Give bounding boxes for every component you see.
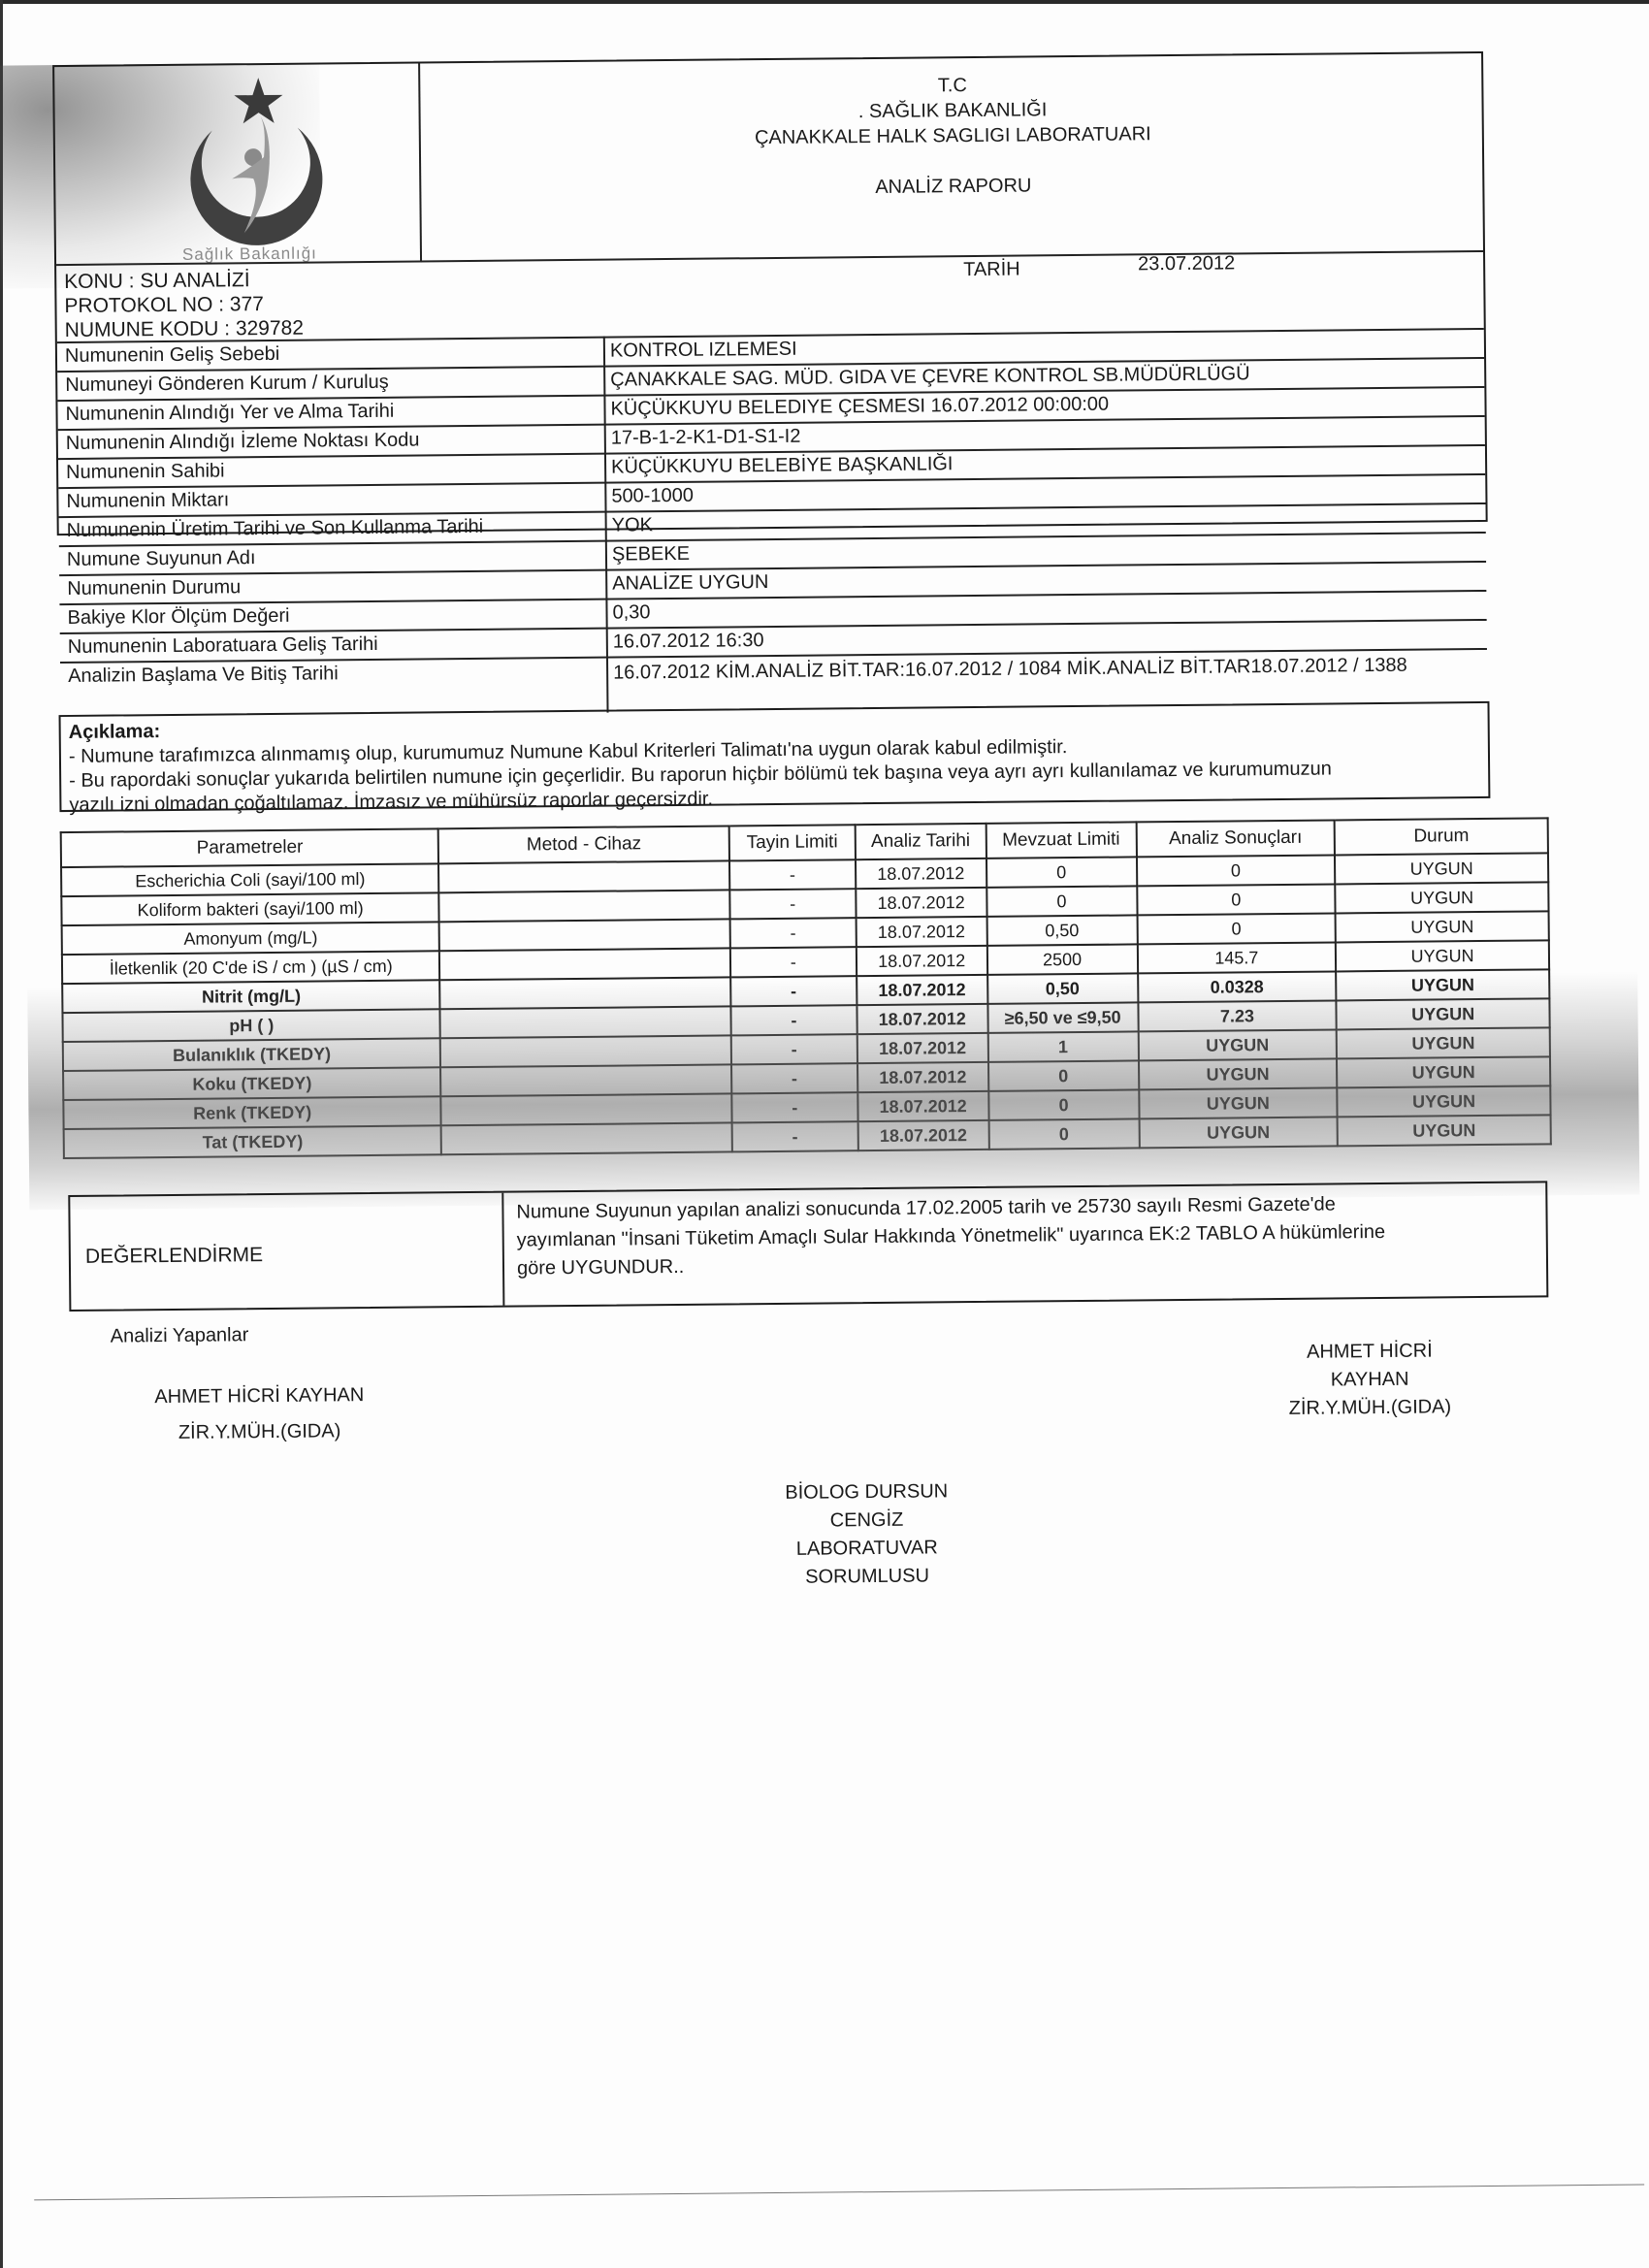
table-cell: 18.07.2012 xyxy=(856,917,986,947)
table-cell: İletkenlik (20 C'de iS / cm ) (µS / cm) xyxy=(62,951,440,984)
info-value: ÇANAKKALE SAG. MÜD. GIDA VE ÇEVRE KONTRO… xyxy=(610,363,1250,391)
column-header: Analiz Sonuçları xyxy=(1136,820,1335,857)
table-cell: 0 xyxy=(1137,913,1336,944)
info-value: 16.07.2012 16:30 xyxy=(613,630,764,653)
table-cell: UYGUN xyxy=(1337,998,1550,1029)
table-cell: UYGUN xyxy=(1139,1087,1338,1118)
table-cell xyxy=(440,1035,731,1067)
table-cell: 1 xyxy=(987,1031,1138,1061)
table-cell: 0 xyxy=(988,1060,1139,1090)
report-titles: T.C . SAĞLIK BAKANLIĞI ÇANAKKALE HALK SA… xyxy=(421,68,1484,205)
table-cell xyxy=(440,977,731,1009)
table-cell: Escherichia Coli (sayi/100 ml) xyxy=(61,863,439,896)
evaluation-label: DEĞERLENDİRME xyxy=(85,1244,263,1269)
table-cell: 0,50 xyxy=(987,973,1138,1003)
table-cell: - xyxy=(730,976,857,1006)
evaluation-text: Numune Suyunun yapılan analizi sonucunda… xyxy=(516,1188,1536,1282)
konu: KONU : SU ANALİZİ xyxy=(64,269,250,294)
column-header: Tayin Limiti xyxy=(729,825,856,860)
table-cell: 0.0328 xyxy=(1138,971,1337,1002)
table-cell: 18.07.2012 xyxy=(857,946,987,976)
info-value: KONTROL IZLEMESI xyxy=(610,339,797,363)
table-cell: Tat (TKEDY) xyxy=(64,1125,442,1158)
table-cell: 18.07.2012 xyxy=(857,1062,988,1092)
column-header: Analiz Tarihi xyxy=(855,824,986,859)
table-cell: Renk (TKEDY) xyxy=(63,1096,441,1129)
info-label: Numunenin Alındığı İzleme Noktası Kodu xyxy=(66,429,420,454)
info-label: Numunenin Alındığı Yer ve Alma Tarihi xyxy=(65,401,394,426)
table-cell: 2500 xyxy=(987,944,1138,974)
signatures-heading: Analizi Yapanlar xyxy=(111,1321,249,1350)
table-cell: 18.07.2012 xyxy=(857,975,987,1005)
table-cell: 18.07.2012 xyxy=(857,1091,988,1121)
table-cell: UYGUN xyxy=(1139,1058,1338,1089)
table-cell xyxy=(441,1093,732,1125)
table-cell: - xyxy=(729,889,856,919)
table-cell: 0 xyxy=(1137,884,1336,915)
table-cell xyxy=(440,1064,731,1096)
table-cell xyxy=(440,1006,731,1038)
info-label: Numunenin Sahibi xyxy=(66,460,225,484)
column-header: Mevzuat Limiti xyxy=(986,822,1136,858)
table-cell: UYGUN xyxy=(1335,853,1548,884)
report-page: Sağlık Bakanlığı T.C . SAĞLIK BAKANLIĞI … xyxy=(0,0,1649,2268)
table-cell: 7.23 xyxy=(1138,1000,1337,1031)
table-cell: Bulanıklık (TKEDY) xyxy=(63,1038,441,1071)
table-cell: 18.07.2012 xyxy=(857,1004,987,1034)
table-cell: Koliform bakteri (sayi/100 ml) xyxy=(61,892,439,925)
table-cell: - xyxy=(731,1092,857,1122)
info-label: Numunenin Durumu xyxy=(67,576,241,600)
table-cell: UYGUN xyxy=(1336,882,1549,913)
info-label: Numunenin Üretim Tarihi ve Son Kullanma … xyxy=(67,516,484,542)
table-cell: 18.07.2012 xyxy=(856,888,986,918)
info-label: Numunenin Miktarı xyxy=(66,489,229,513)
table-cell: 0 xyxy=(986,857,1137,887)
date-value: 23.07.2012 xyxy=(1138,252,1235,275)
info-label: Numunenin Geliş Sebebi xyxy=(65,343,279,368)
table-cell: UYGUN xyxy=(1336,940,1549,971)
page-bottom-edge xyxy=(34,2184,1644,2200)
results-table: ParametrelerMetod - CihazTayin LimitiAna… xyxy=(60,817,1552,1159)
table-cell: Nitrit (mg/L) xyxy=(62,980,440,1013)
info-label: Numunenin Laboratuara Geliş Tarihi xyxy=(68,633,378,659)
table-cell: - xyxy=(730,947,857,977)
info-label: Numuneyi Gönderen Kurum / Kuruluş xyxy=(65,372,389,397)
ministry-logo-icon xyxy=(151,69,347,260)
table-cell xyxy=(441,1122,732,1154)
info-value: 500-1000 xyxy=(611,485,694,508)
signature-left: AHMET HİCRİ KAYHAN ZİR.Y.MÜH.(GIDA) xyxy=(128,1381,391,1448)
info-value: YOK xyxy=(612,514,653,536)
table-cell: UYGUN xyxy=(1336,911,1549,942)
signature-right: AHMET HİCRİ KAYHAN ZİR.Y.MÜH.(GIDA) xyxy=(1263,1337,1477,1423)
aciklama-box: Açıklama: - Numune tarafımızca alınmamış… xyxy=(59,701,1491,812)
aciklama-title: Açıklama: xyxy=(69,721,161,743)
table-cell: - xyxy=(730,1005,857,1035)
table-cell: 145.7 xyxy=(1137,942,1336,973)
info-value: KÜÇÜKKUYU BELEDIYE ÇESMESI 16.07.2012 00… xyxy=(610,394,1109,421)
table-cell xyxy=(439,919,730,951)
date-label: TARİH xyxy=(963,259,1020,282)
column-header: Durum xyxy=(1335,818,1548,855)
table-cell: 0 xyxy=(1136,855,1335,886)
column-header: Metod - Cihaz xyxy=(438,826,729,863)
table-cell: UYGUN xyxy=(1138,1029,1337,1060)
protokol-no: PROTOKOL NO : 377 xyxy=(64,293,264,318)
table-cell xyxy=(439,890,730,922)
table-cell: 18.07.2012 xyxy=(857,1120,988,1150)
table-cell: - xyxy=(732,1121,858,1151)
info-value: KÜÇÜKKUYU BELEBİYE BAŞKANLIĞI xyxy=(611,453,954,478)
table-cell: Amonyum (mg/L) xyxy=(62,922,440,955)
table-cell: - xyxy=(729,859,856,890)
info-label: Analizin Başlama Ve Bitiş Tarihi xyxy=(68,663,339,688)
info-value: 17-B-1-2-K1-D1-S1-I2 xyxy=(611,426,801,450)
info-label: Numune Suyunun Adı xyxy=(67,547,256,571)
table-cell: UYGUN xyxy=(1338,1085,1551,1117)
table-cell: UYGUN xyxy=(1336,969,1549,1000)
table-cell: UYGUN xyxy=(1139,1117,1338,1148)
table-cell: 18.07.2012 xyxy=(856,859,986,889)
table-cell: pH ( ) xyxy=(62,1009,440,1042)
evaluation-box: DEĞERLENDİRME Numune Suyunun yapılan ana… xyxy=(68,1181,1548,1312)
info-value: ANALİZE UYGUN xyxy=(612,571,768,596)
info-value: 0,30 xyxy=(612,601,650,624)
table-cell: 0 xyxy=(988,1118,1139,1149)
table-cell: 0,50 xyxy=(986,915,1137,945)
info-label: Bakiye Klor Ölçüm Değeri xyxy=(67,605,289,630)
info-value: 16.07.2012 KİM.ANALİZ BİT.TAR:16.07.2012… xyxy=(613,652,1467,685)
table-cell: - xyxy=(729,918,856,948)
report-header: Sağlık Bakanlığı T.C . SAĞLIK BAKANLIĞI … xyxy=(52,51,1488,535)
table-cell: - xyxy=(731,1034,857,1064)
table-cell: UYGUN xyxy=(1337,1027,1550,1058)
table-cell xyxy=(438,860,729,892)
table-cell: UYGUN xyxy=(1337,1056,1550,1087)
table-cell xyxy=(439,948,730,980)
table-cell: 18.07.2012 xyxy=(857,1033,987,1063)
table-cell: Koku (TKEDY) xyxy=(63,1067,441,1100)
table-cell: - xyxy=(731,1063,857,1093)
signature-center: BİOLOG DURSUN CENGİZ LABORATUVAR SORUMLU… xyxy=(760,1477,974,1592)
table-cell: UYGUN xyxy=(1338,1115,1551,1146)
table-cell: ≥6,50 ve ≤9,50 xyxy=(987,1002,1138,1032)
table-cell: 0 xyxy=(988,1089,1139,1119)
table-cell: 0 xyxy=(986,886,1137,916)
column-header: Parametreler xyxy=(61,828,439,867)
info-value: ŞEBEKE xyxy=(612,543,690,567)
